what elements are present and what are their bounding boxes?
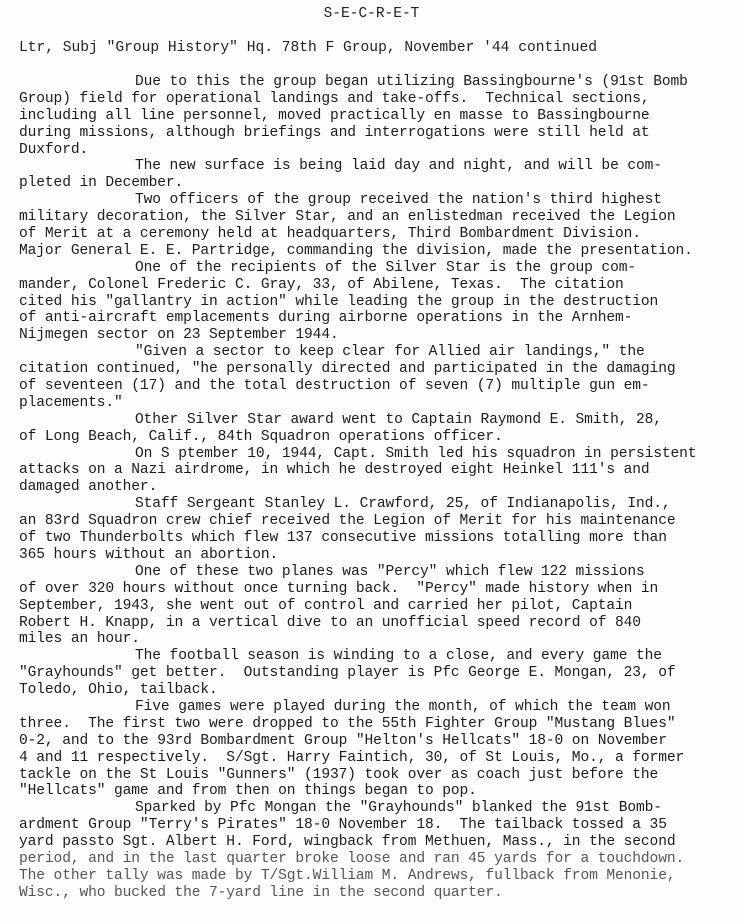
- paragraph-start-line: One of these two planes was "Percy" whic…: [19, 564, 739, 581]
- paragraph-start-line: Other Silver Star award went to Captain …: [19, 412, 739, 429]
- text-line: of seventeen (17) and the total destruct…: [19, 378, 739, 395]
- text-line: Nijmegen sector on 23 September 1944.: [19, 327, 739, 344]
- text-line: mander, Colonel Frederic C. Gray, 33, of…: [19, 277, 739, 294]
- text-line: attacks on a Nazi airdrome, in which he …: [19, 462, 739, 479]
- paragraph-start-line: Five games were played during the month,…: [19, 699, 739, 716]
- paragraph-start-line: Staff Sergeant Stanley L. Crawford, 25, …: [19, 496, 739, 513]
- text-line: placements.": [19, 395, 739, 412]
- text-line: of Merit at a ceremony held at headquart…: [19, 226, 739, 243]
- paragraph-start-line: The football season is winding to a clos…: [19, 648, 739, 665]
- text-line: Major General E. E. Partridge, commandin…: [19, 243, 739, 260]
- text-line: Wisc., who bucked the 7-yard line in the…: [19, 885, 739, 902]
- text-line: during missions, although briefings and …: [19, 125, 739, 142]
- paragraph-start-line: "Given a sector to keep clear for Allied…: [19, 344, 739, 361]
- text-line: 4 and 11 respectively. S/Sgt. Harry Fain…: [19, 750, 739, 767]
- paragraph-start-line: One of the recipients of the Silver Star…: [19, 260, 739, 277]
- paragraph-start-line: Sparked by Pfc Mongan the "Grayhounds" b…: [19, 800, 739, 817]
- text-line: Robert H. Knapp, in a vertical dive to a…: [19, 615, 739, 632]
- text-line: citation continued, "he personally direc…: [19, 361, 739, 378]
- text-line: an 83rd Squadron crew chief received the…: [19, 513, 739, 530]
- text-line: September, 1943, she went out of control…: [19, 598, 739, 615]
- text-line: 365 hours without an abortion.: [19, 547, 739, 564]
- text-line: ardment Group "Terry's Pirates" 18-0 Nov…: [19, 817, 739, 834]
- document-body: Due to this the group began utilizing Ba…: [19, 74, 739, 902]
- text-line: Toledo, Ohio, tailback.: [19, 682, 739, 699]
- paragraph-start-line: The new surface is being laid day and ni…: [19, 158, 739, 175]
- text-line: "Hellcats" game and from then on things …: [19, 783, 739, 800]
- text-line: of Long Beach, Calif., 84th Squadron ope…: [19, 429, 739, 446]
- subject-line: Ltr, Subj "Group History" Hq. 78th F Gro…: [19, 40, 597, 56]
- text-line: cited his "gallantry in action" while le…: [19, 294, 739, 311]
- text-line: Group) field for operational landings an…: [19, 91, 739, 108]
- text-line: miles an hour.: [19, 631, 739, 648]
- text-line: military decoration, the Silver Star, an…: [19, 209, 739, 226]
- text-line: of two Thunderbolts which flew 137 conse…: [19, 530, 739, 547]
- text-line: 0-2, and to the 93rd Bombardment Group "…: [19, 733, 739, 750]
- text-line: three. The first two were dropped to the…: [19, 716, 739, 733]
- text-line: The other tally was made by T/Sgt.Willia…: [19, 868, 739, 885]
- text-line: "Grayhounds" get better. Outstanding pla…: [19, 665, 739, 682]
- document-page: S-E-C-R-E-T Ltr, Subj "Group History" Hq…: [0, 0, 743, 922]
- text-line: including all line personnel, moved prac…: [19, 108, 739, 125]
- classification-header: S-E-C-R-E-T: [0, 6, 743, 22]
- text-line: damaged another.: [19, 479, 739, 496]
- paragraph-start-line: On S ptember 10, 1944, Capt. Smith led h…: [19, 446, 739, 463]
- text-line: of over 320 hours without once turning b…: [19, 581, 739, 598]
- text-line: period, and in the last quarter broke lo…: [19, 851, 739, 868]
- text-line: tackle on the St Louis "Gunners" (1937) …: [19, 767, 739, 784]
- text-line: Duxford.: [19, 142, 739, 159]
- paragraph-start-line: Due to this the group began utilizing Ba…: [19, 74, 739, 91]
- text-line: yard passto Sgt. Albert H. Ford, wingbac…: [19, 834, 739, 851]
- text-line: pleted in December.: [19, 175, 739, 192]
- text-line: of anti-aircraft emplacements during air…: [19, 310, 739, 327]
- paragraph-start-line: Two officers of the group received the n…: [19, 192, 739, 209]
